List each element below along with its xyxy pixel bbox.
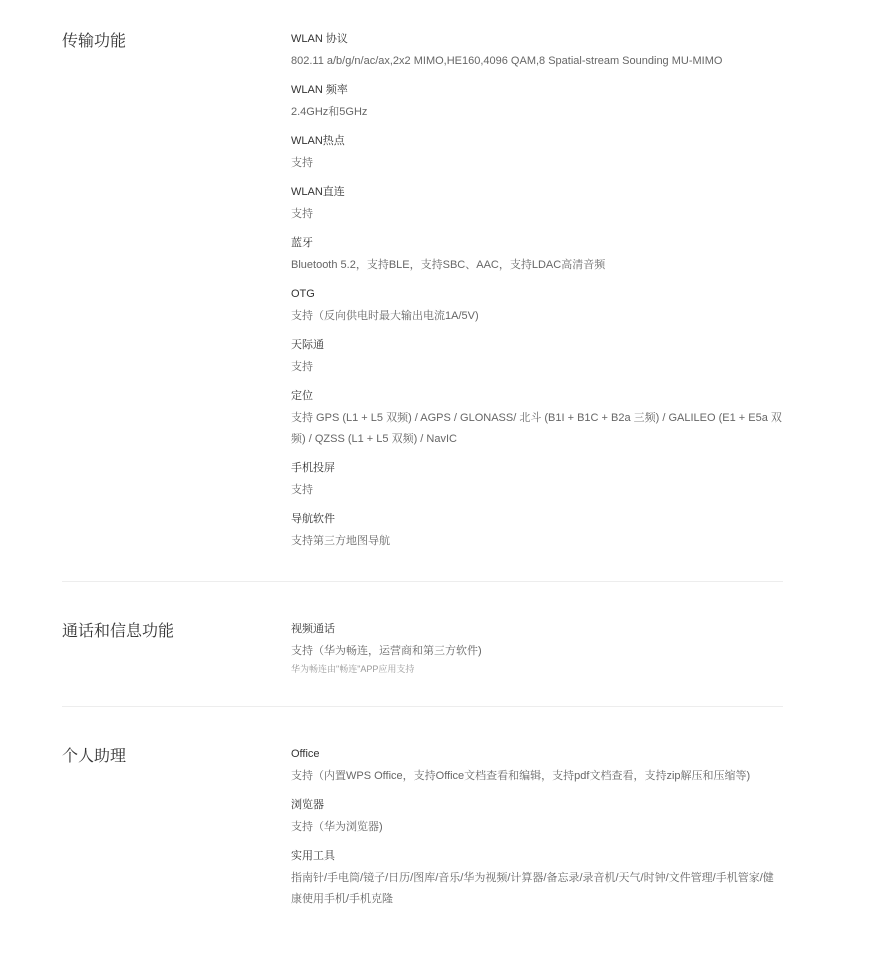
spec-item-bluetooth: 蓝牙 Bluetooth 5.2，支持BLE，支持SBC、AAC，支持LDAC高…: [291, 235, 783, 276]
spec-item-wlan-protocol: WLAN 协议 802.11 a/b/g/n/ac/ax,2x2 MIMO,HE…: [291, 31, 783, 72]
spec-item-browser: 浏览器 支持（华为浏览器): [291, 797, 783, 838]
spec-list: 视频通话 支持（华为畅连，运营商和第三方软件) 华为畅连由"畅连"APP应用支持: [291, 621, 783, 677]
spec-label: 手机投屏: [291, 460, 783, 476]
spec-label: WLAN 频率: [291, 82, 783, 98]
section-title: 传输功能: [62, 31, 291, 552]
spec-label: WLAN热点: [291, 133, 783, 149]
spec-value: 支持: [291, 480, 783, 501]
spec-label: 浏览器: [291, 797, 783, 813]
spec-item-utilities: 实用工具 指南针/手电筒/镜子/日历/图库/音乐/华为视频/计算器/备忘录/录音…: [291, 848, 783, 910]
spec-value: 支持: [291, 153, 783, 174]
spec-label: OTG: [291, 286, 783, 302]
spec-label: WLAN 协议: [291, 31, 783, 47]
spec-item-screen-projection: 手机投屏 支持: [291, 460, 783, 501]
section-calls-messaging: 通话和信息功能 视频通话 支持（华为畅连，运营商和第三方软件) 华为畅连由"畅连…: [62, 582, 783, 677]
spec-value: 802.11 a/b/g/n/ac/ax,2x2 MIMO,HE160,4096…: [291, 51, 783, 72]
spec-value: 支持（反向供电时最大输出电流1A/5V): [291, 306, 783, 327]
section-title: 个人助理: [62, 746, 291, 920]
spec-value: 支持（华为畅连，运营商和第三方软件): [291, 641, 783, 662]
spec-value: 支持（华为浏览器): [291, 817, 783, 838]
section-title: 通话和信息功能: [62, 621, 291, 677]
spec-value: 支持第三方地图导航: [291, 531, 783, 552]
spec-label: Office: [291, 746, 783, 762]
spec-item-positioning: 定位 支持 GPS (L1 + L5 双频) / AGPS / GLONASS/…: [291, 388, 783, 450]
section-personal-assistant: 个人助理 Office 支持（内置WPS Office，支持Office文档查看…: [62, 707, 783, 920]
spec-item-navigation: 导航软件 支持第三方地图导航: [291, 511, 783, 552]
spec-value: 支持: [291, 204, 783, 225]
spec-item-video-call: 视频通话 支持（华为畅连，运营商和第三方软件) 华为畅连由"畅连"APP应用支持: [291, 621, 783, 677]
spec-value: 支持（内置WPS Office，支持Office文档查看和编辑，支持pdf文档查…: [291, 766, 783, 787]
spec-item-otg: OTG 支持（反向供电时最大输出电流1A/5V): [291, 286, 783, 327]
spec-list: Office 支持（内置WPS Office，支持Office文档查看和编辑，支…: [291, 746, 783, 920]
spec-value: 指南针/手电筒/镜子/日历/图库/音乐/华为视频/计算器/备忘录/录音机/天气/…: [291, 868, 783, 910]
spec-note: 华为畅连由"畅连"APP应用支持: [291, 662, 783, 677]
section-transmission: 传输功能 WLAN 协议 802.11 a/b/g/n/ac/ax,2x2 MI…: [62, 0, 783, 552]
spec-list: WLAN 协议 802.11 a/b/g/n/ac/ax,2x2 MIMO,HE…: [291, 31, 783, 552]
spec-value: 支持 GPS (L1 + L5 双频) / AGPS / GLONASS/ 北斗…: [291, 408, 783, 450]
spec-label: 视频通话: [291, 621, 783, 637]
spec-item-office: Office 支持（内置WPS Office，支持Office文档查看和编辑，支…: [291, 746, 783, 787]
spec-label: 天际通: [291, 337, 783, 353]
spec-label: 实用工具: [291, 848, 783, 864]
spec-value: 支持: [291, 357, 783, 378]
spec-item-wlan-direct: WLAN直连 支持: [291, 184, 783, 225]
spec-label: WLAN直连: [291, 184, 783, 200]
spec-value: Bluetooth 5.2，支持BLE，支持SBC、AAC，支持LDAC高清音频: [291, 255, 783, 276]
spec-item-skytone: 天际通 支持: [291, 337, 783, 378]
spec-page: 传输功能 WLAN 协议 802.11 a/b/g/n/ac/ax,2x2 MI…: [62, 0, 783, 920]
spec-label: 定位: [291, 388, 783, 404]
spec-item-wlan-frequency: WLAN 频率 2.4GHz和5GHz: [291, 82, 783, 123]
spec-value: 2.4GHz和5GHz: [291, 102, 783, 123]
spec-label: 蓝牙: [291, 235, 783, 251]
spec-item-wlan-hotspot: WLAN热点 支持: [291, 133, 783, 174]
spec-label: 导航软件: [291, 511, 783, 527]
